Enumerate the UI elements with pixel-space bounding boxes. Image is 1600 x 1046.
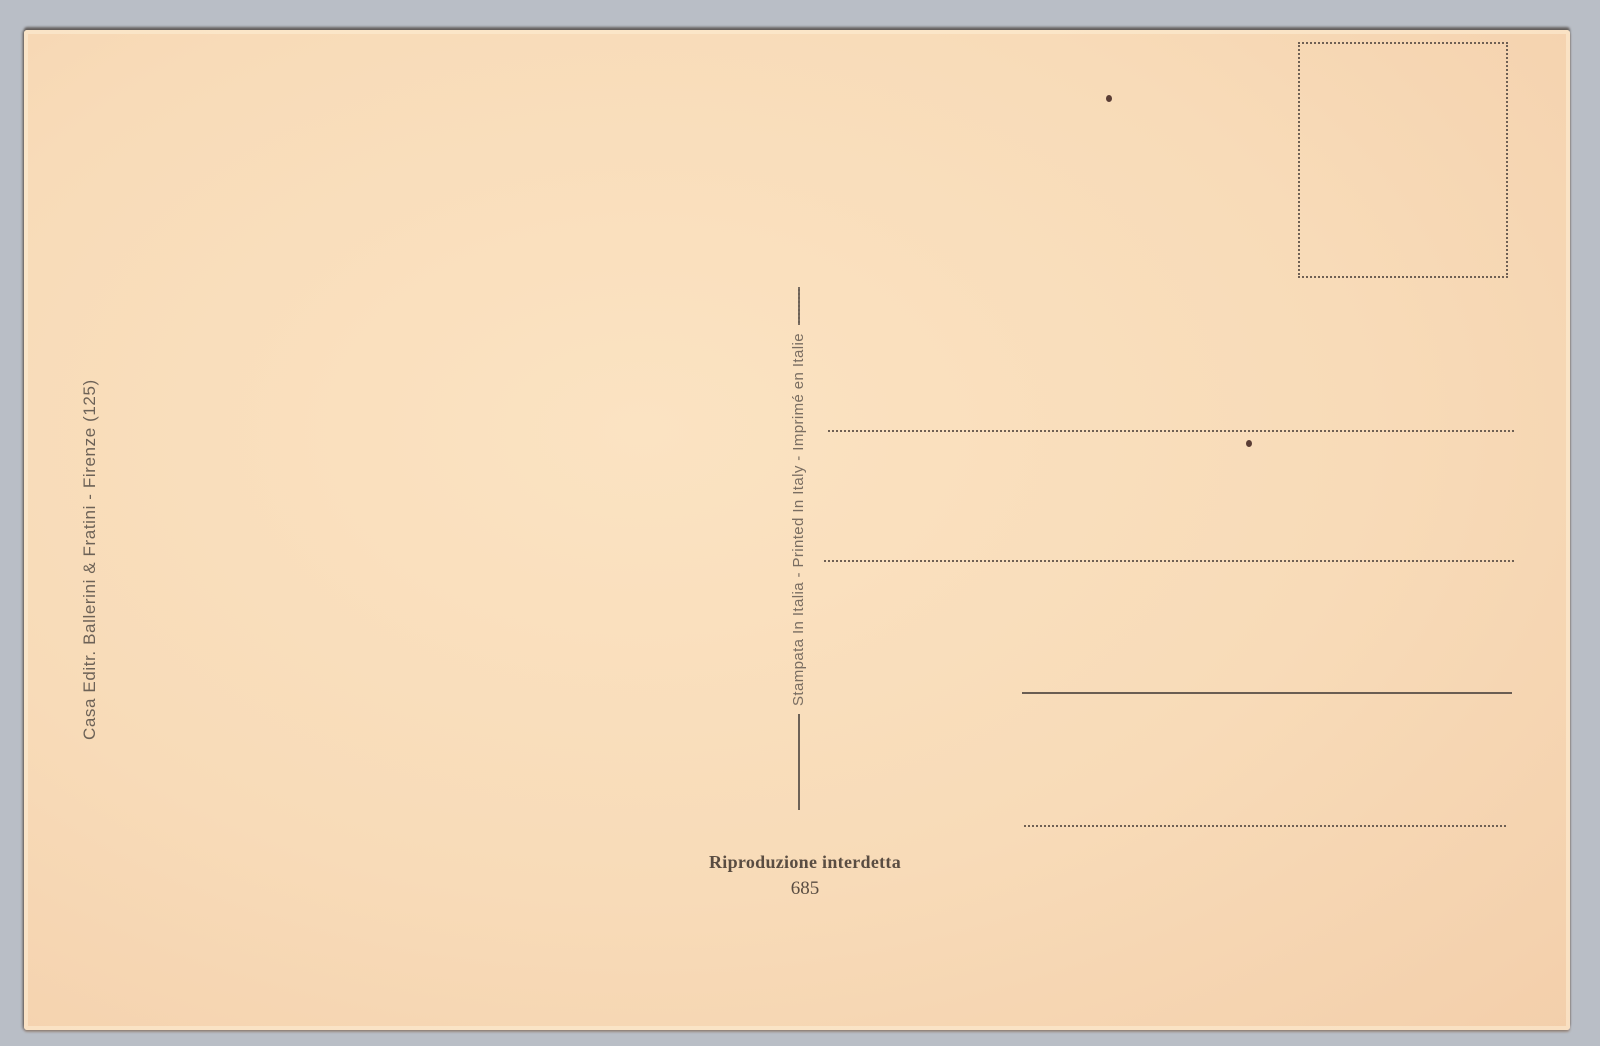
divider-rule xyxy=(798,714,800,810)
address-line-2 xyxy=(824,560,1514,562)
reproduction-notice: Riproduzione interdetta xyxy=(680,852,930,873)
printed-in-text: Stampata In Italia - Printed In Italy - … xyxy=(790,333,807,706)
printed-in-divider: Stampata In Italia - Printed In Italy - … xyxy=(790,98,807,818)
ink-spot xyxy=(1246,440,1252,447)
stamp-box xyxy=(1298,42,1508,278)
divider-rule-dotted xyxy=(798,287,800,325)
ink-spot xyxy=(1106,95,1112,102)
card-number: 685 xyxy=(680,878,930,900)
publisher-imprint: Casa Editr. Ballerini & Fratini - Firenz… xyxy=(80,170,100,740)
address-line-4 xyxy=(1024,825,1506,827)
address-line-3 xyxy=(1022,692,1512,694)
address-line-1 xyxy=(828,430,1514,432)
